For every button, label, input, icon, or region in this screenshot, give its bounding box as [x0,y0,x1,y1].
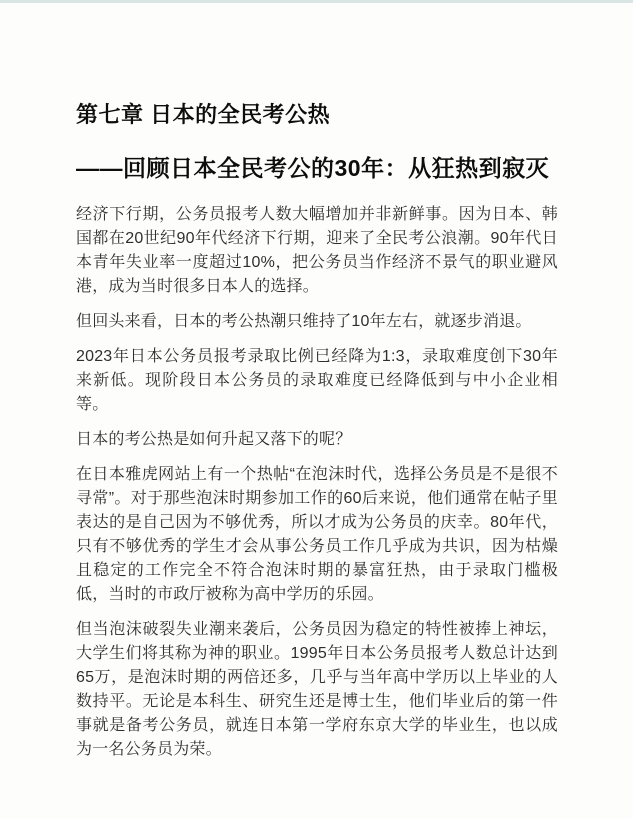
paragraph-intro: 经济下行期，公务员报考人数大幅增加并非新鲜事。因为日本、韩国都在20世纪90年代… [76,203,558,299]
paragraph-question: 日本的考公热是如何升起又落下的呢？ [76,428,558,452]
paragraph-2023-ratio: 2023年日本公务员报考录取比例已经降为1:3，录取难度创下30年来新低。现阶段… [76,345,558,417]
paragraph-post-bubble: 但当泡沫破裂失业潮来袭后，公务员因为稳定的特性被捧上神坛，大学生们将其称为神的职… [76,618,558,762]
document-page: 第七章 日本的全民考公热 ——回顾日本全民考公的30年：从狂热到寂灭 经济下行期… [0,0,633,819]
chapter-subtitle: ——回顾日本全民考公的30年：从狂热到寂灭 [76,154,558,184]
document-content: 第七章 日本的全民考公热 ——回顾日本全民考公的30年：从狂热到寂灭 经济下行期… [0,3,633,762]
paragraph-retrospect: 但回头来看，日本的考公热潮只维持了10年左右，就逐步消退。 [76,310,558,334]
paragraph-bubble-era: 在日本雅虎网站上有一个热帖“在泡沫时代，选择公务员是不是很不寻常”。对于那些泡沫… [76,463,558,607]
chapter-title: 第七章 日本的全民考公热 [76,100,558,130]
